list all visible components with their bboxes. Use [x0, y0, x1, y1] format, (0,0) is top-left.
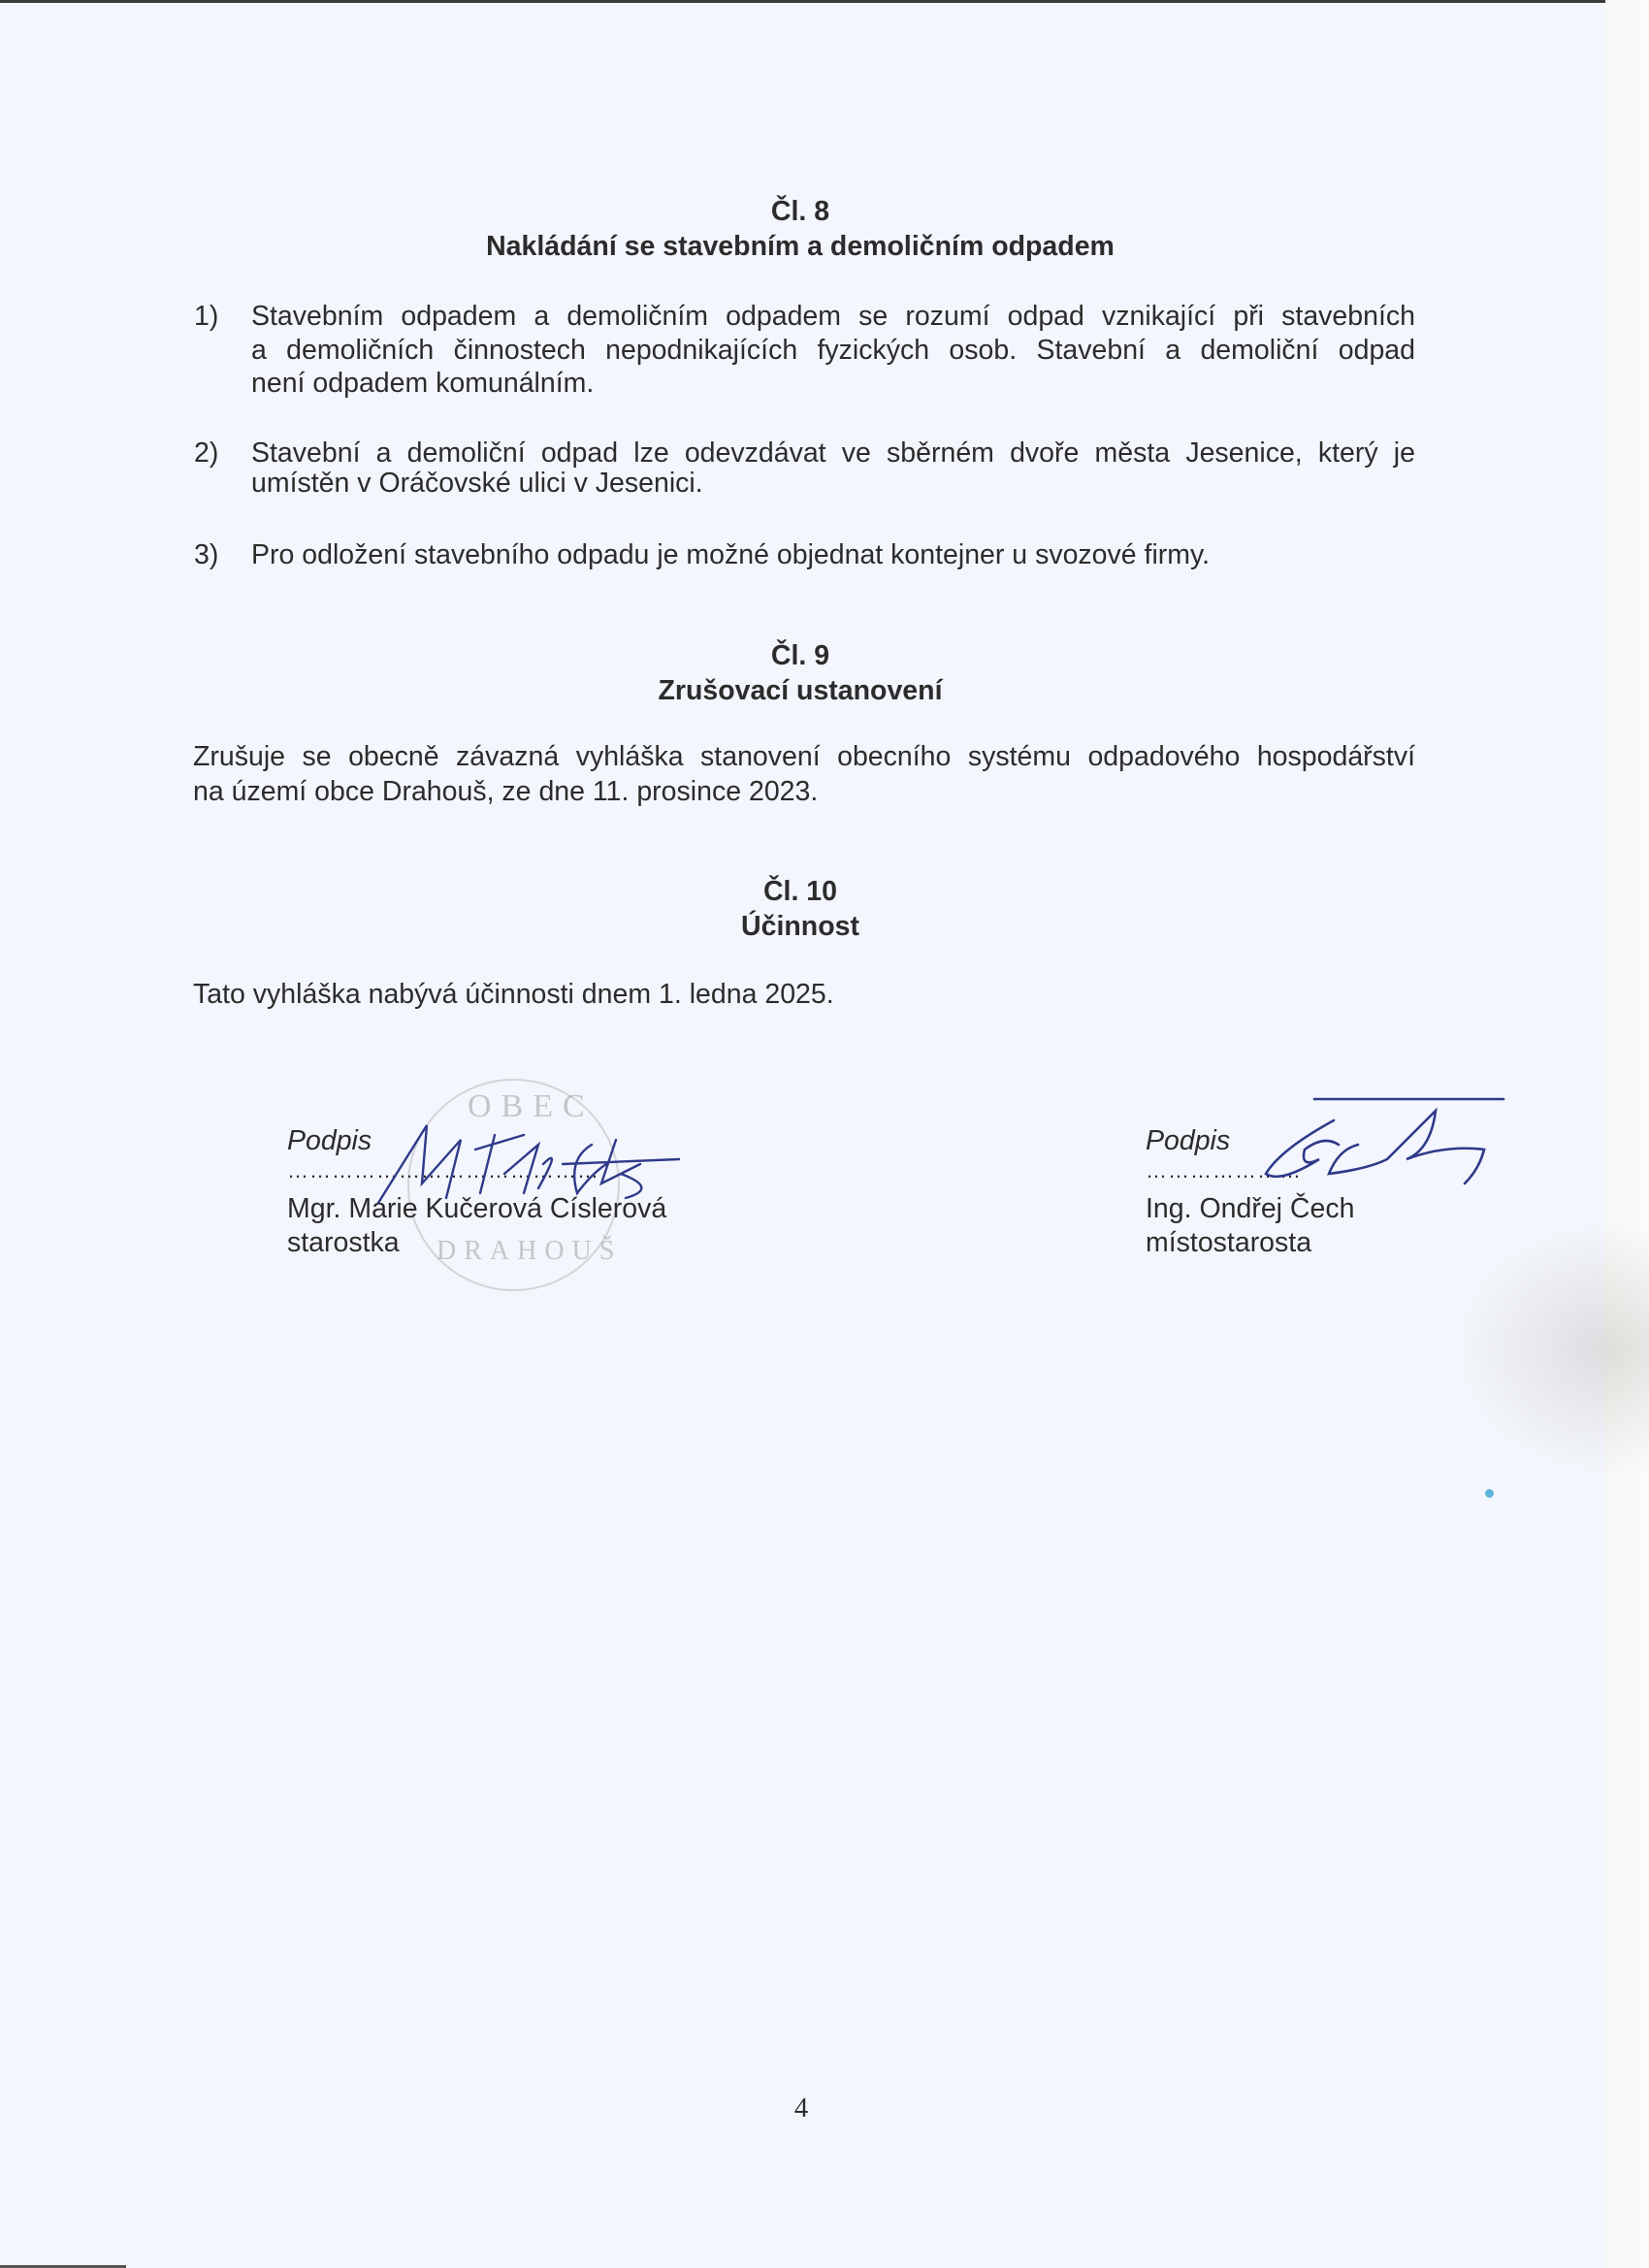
- article-8-number: Čl. 8: [0, 198, 1600, 226]
- page-number: 4: [0, 2095, 1602, 2123]
- article-9-number: Čl. 9: [0, 642, 1600, 670]
- article-9-line-1: Zrušuje se obecně závazná vyhláška stano…: [193, 743, 1415, 771]
- signature-2-role: místostarosta: [1146, 1229, 1311, 1257]
- signature-2-handwriting: [1261, 1091, 1513, 1198]
- item-2-label: 2): [194, 439, 218, 468]
- signature-1-label: Podpis: [287, 1127, 372, 1155]
- article-9-line-2: na území obce Drahouš, ze dne 11. prosin…: [193, 778, 818, 806]
- item-1-line-1: Stavebním odpadem a demoličním odpadem s…: [251, 303, 1415, 331]
- signature-1-role: starostka: [287, 1229, 400, 1257]
- article-10-line-1: Tato vyhláška nabývá účinnosti dnem 1. l…: [193, 981, 834, 1009]
- scan-shadow: [1455, 1222, 1649, 1474]
- item-1-label: 1): [194, 303, 218, 331]
- article-9-title: Zrušovací ustanovení: [0, 677, 1600, 705]
- article-10-number: Čl. 10: [0, 878, 1600, 906]
- item-3-label: 3): [194, 541, 218, 569]
- signature-2-label: Podpis: [1146, 1127, 1230, 1155]
- article-8-title: Nakládání se stavebním a demoličním odpa…: [0, 233, 1600, 261]
- item-3-line-1: Pro odložení stavebního odpadu je možné …: [251, 541, 1210, 569]
- signature-1-handwriting: [369, 1106, 689, 1213]
- scan-top-edge: [0, 0, 1649, 3]
- ink-speck: [1485, 1489, 1494, 1498]
- item-2-line-2: umístěn v Oráčovské ulici v Jesenici.: [251, 470, 703, 498]
- stamp-bottom-text: DRAHOUŠ: [436, 1236, 622, 1267]
- scan-right-edge: [1605, 0, 1649, 2268]
- signature-2-name: Ing. Ondřej Čech: [1146, 1195, 1354, 1223]
- item-1-line-3: není odpadem komunálním.: [251, 370, 594, 398]
- item-2-line-1: Stavební a demoliční odpad lze odevzdáva…: [251, 439, 1415, 468]
- article-10-title: Účinnost: [0, 913, 1600, 941]
- item-1-line-2: a demoličních činnostech nepodnikajících…: [251, 337, 1415, 365]
